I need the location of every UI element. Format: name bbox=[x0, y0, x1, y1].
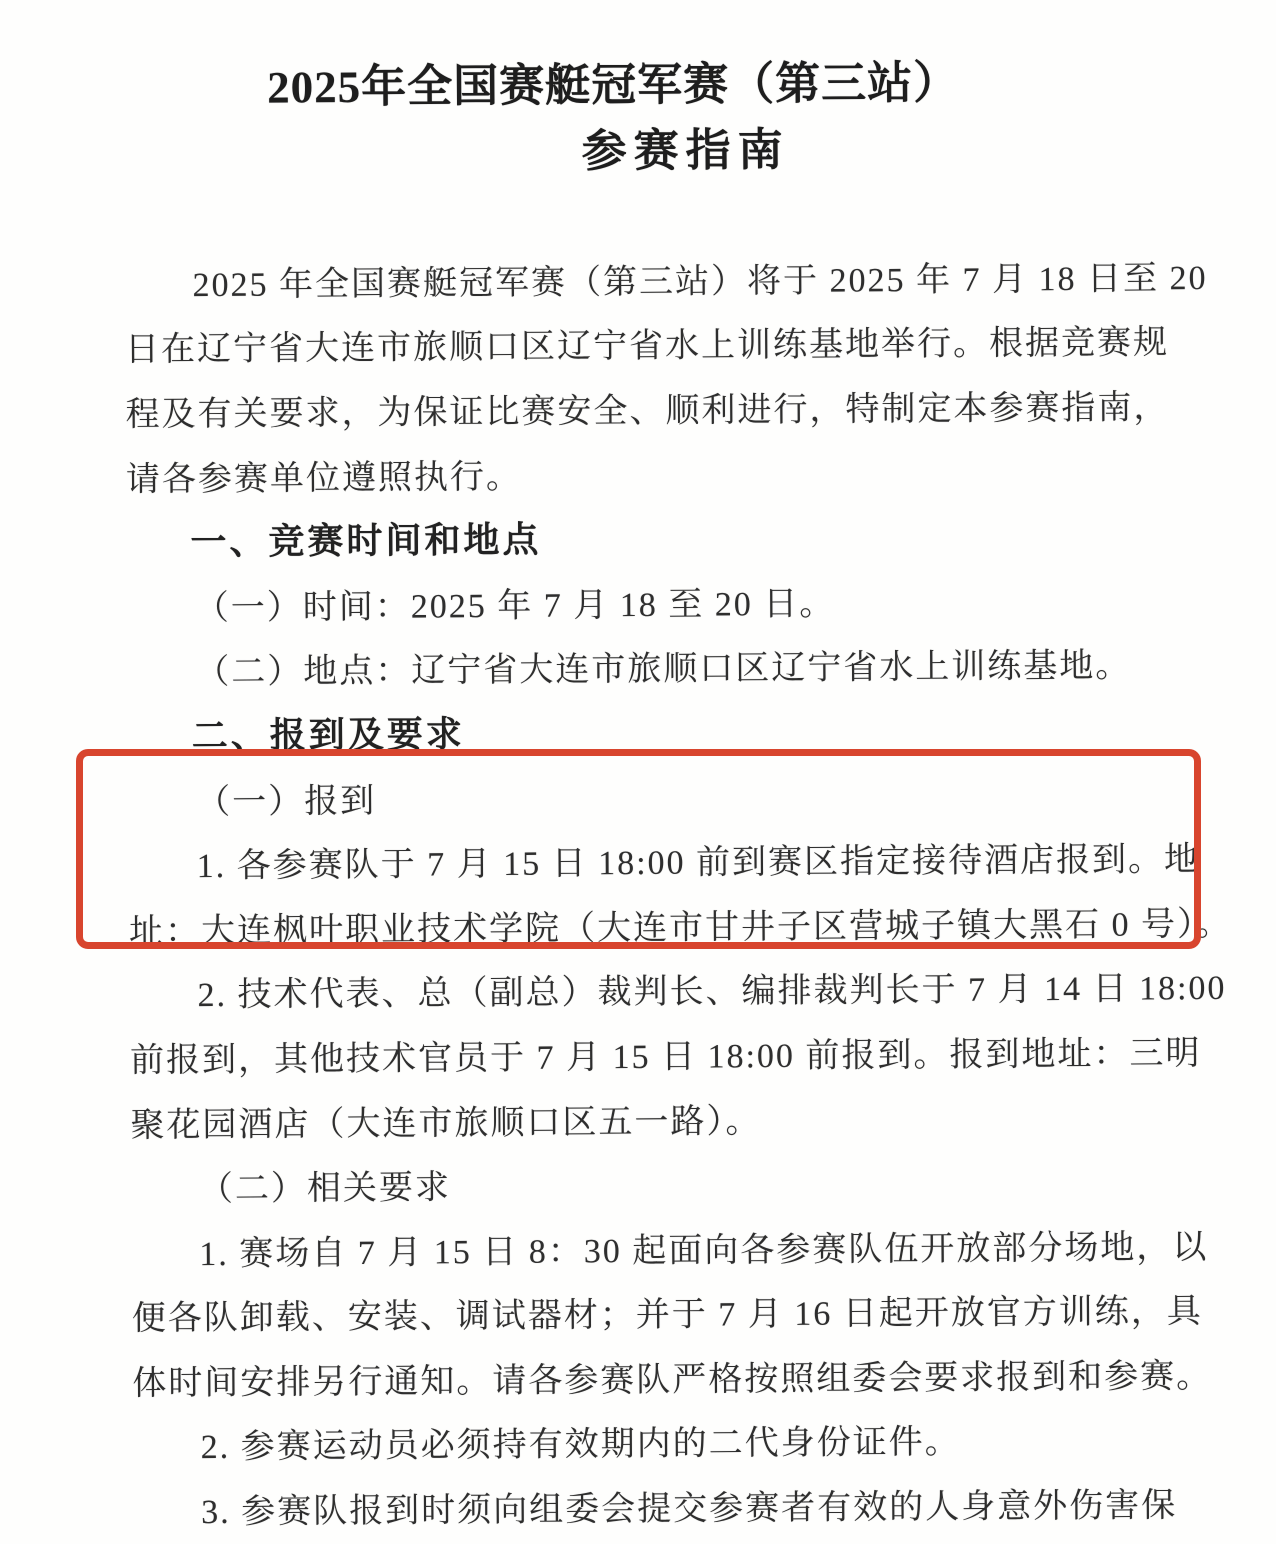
intro-line-3: 程及有关要求，为保证比赛安全、顺利进行，特制定本参赛指南， bbox=[125, 372, 1139, 444]
requirement-3-line: 3. 参赛队报到时须向组委会提交参赛者有效的人身意外伤害保 bbox=[133, 1470, 1147, 1542]
requirements-subheading: （二）相关要求 bbox=[131, 1147, 1145, 1219]
item-location: （二）地点：辽宁省大连市旅顺口区辽宁省水上训练基地。 bbox=[127, 630, 1141, 702]
officials-checkin-line-1: 2. 技术代表、总（副总）裁判长、编排裁判长于 7 月 14 日 18:00 bbox=[129, 953, 1143, 1025]
document-body: 2025 年全国赛艇冠军赛（第三站）将于 2025 年 7 月 18 日至 20… bbox=[124, 242, 1147, 1541]
doc-title-line-2: 参赛指南 bbox=[47, 113, 1276, 188]
item-time: （一）时间：2025 年 7 月 18 至 20 日。 bbox=[127, 565, 1141, 637]
page: 2025年全国赛艇冠军赛（第三站） 参赛指南 2025 年全国赛艇冠军赛（第三站… bbox=[0, 0, 1276, 1544]
intro-line-1: 2025 年全国赛艇冠军赛（第三站）将于 2025 年 7 月 18 日至 20 bbox=[124, 242, 1138, 314]
checkin-line-2: 址：大连枫叶职业技术学院（大连市甘井子区营城子镇大黑石 0 号）。 bbox=[129, 888, 1143, 960]
intro-line-4: 请各参赛单位遵照执行。 bbox=[126, 436, 1140, 508]
checkin-subheading: （一）报到 bbox=[128, 759, 1142, 831]
requirement-1-line-3: 体时间安排另行通知。请各参赛队严格按照组委会要求报到和参赛。 bbox=[132, 1341, 1146, 1413]
checkin-line-1: 1. 各参赛队于 7 月 15 日 18:00 前到赛区指定接待酒店报到。地 bbox=[128, 824, 1142, 896]
scanned-document: 2025年全国赛艇冠军赛（第三站） 参赛指南 2025 年全国赛艇冠军赛（第三站… bbox=[0, 0, 1276, 1544]
heading-section-1: 一、竞赛时间和地点 bbox=[126, 501, 1140, 573]
heading-section-2: 二、报到及要求 bbox=[127, 695, 1141, 767]
officials-checkin-line-3: 聚花园酒店（大连市旅顺口区五一路）。 bbox=[130, 1082, 1144, 1154]
doc-title-line-1: 2025年全国赛艇冠军赛（第三站） bbox=[0, 48, 1251, 123]
intro-line-2: 日在辽宁省大连市旅顺口区辽宁省水上训练基地举行。根据竞赛规 bbox=[125, 307, 1139, 379]
requirement-1-line-1: 1. 赛场自 7 月 15 日 8：30 起面向各参赛队伍开放部分场地，以 bbox=[131, 1211, 1145, 1283]
officials-checkin-line-2: 前报到，其他技术官员于 7 月 15 日 18:00 前报到。报到地址：三明 bbox=[130, 1018, 1144, 1090]
requirement-2-line: 2. 参赛运动员必须持有效期内的二代身份证件。 bbox=[132, 1405, 1146, 1477]
requirement-1-line-2: 便各队卸载、安装、调试器材；并于 7 月 16 日起开放官方训练，具 bbox=[132, 1276, 1146, 1348]
